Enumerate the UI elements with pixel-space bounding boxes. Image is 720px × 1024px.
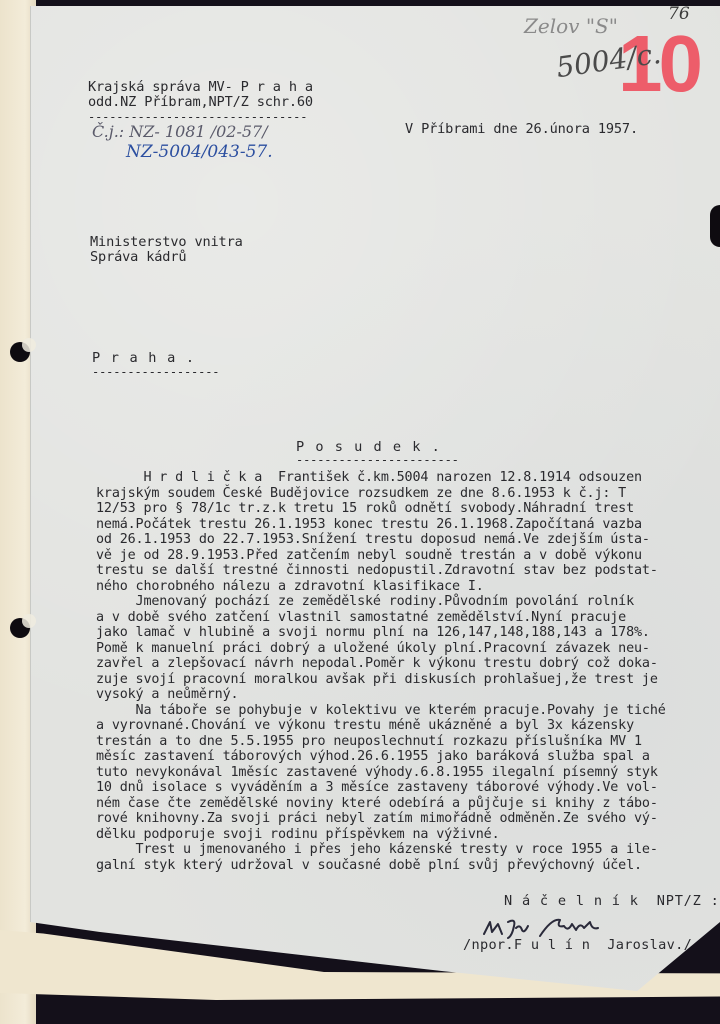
body-line: Pomě k manuelní práci dobrý a uložené úk…	[96, 641, 650, 657]
body-line: 10 dnů isolace s vyváděním a 3 měsíce za…	[96, 780, 658, 796]
body-line: dělku podporuje svoji rodinu příspěvkem …	[96, 827, 500, 843]
body-line: Na táboře se pohybuje v kolektivu ve kte…	[96, 703, 666, 719]
body-line: od 26.1.1953 do 22.7.1953.Snížení trestu…	[96, 532, 650, 548]
recipient-line-2: Správa kádrů	[90, 250, 186, 266]
pencil-note: Zelov "S"	[524, 14, 618, 38]
body-line: Trest u jmenovaného i přes jeho kázenské…	[96, 842, 658, 858]
body-line: vysoký a neůměrný.	[96, 687, 238, 703]
sender-line-2: odd.NZ Příbram,NPT/Z schr.60	[88, 95, 313, 111]
recipient-city-underline: ------------------	[92, 365, 219, 381]
body-line: a vyrovnané.Chování ve výkonu trestu mén…	[96, 718, 634, 734]
body-line: zavřel a zlepšovací návrh nepodal.Poměr …	[96, 656, 658, 672]
punch-hole-upper	[10, 342, 30, 362]
reference-number-pencil: Č.j.: NZ- 1081 /02-57/	[92, 122, 268, 141]
reference-number-blue: NZ-5004/043-57.	[126, 142, 273, 162]
body-line: ného chorobného nálezu a zdravotní klasi…	[96, 579, 484, 595]
signatory-name: /npor.F u l í n Jaroslav./	[463, 938, 692, 954]
body-line: měsíc zastavení táborových výhod.26.6.19…	[96, 749, 650, 765]
body-line: 12/53 pro § 78/1c tr.z.k tretu 15 roků o…	[96, 501, 634, 517]
body-line: jako lamač v hlubině a svoji normu plní …	[96, 625, 650, 641]
body-line: zuje svojí pracovní moralkou avšak při d…	[96, 672, 658, 688]
body-line: krajským soudem České Budějovice rozsudk…	[96, 486, 626, 502]
body-line: vě je od 28.9.1953.Před zatčením nebyl s…	[96, 548, 642, 564]
body-line: nemá.Počátek trestu 26.1.1953 konec tres…	[96, 517, 642, 533]
body-line: galní styk který udržoval v současné dob…	[96, 858, 642, 874]
body-line: tuto nevykonával 1měsíc zastavené výhody…	[96, 765, 658, 781]
body-line: H r d l i č k a František č.km.5004 naro…	[96, 470, 642, 486]
place-and-date: V Příbrami dne 26.února 1957.	[405, 122, 638, 138]
signatory-title: N á č e l n í k NPT/Z :	[504, 894, 720, 910]
body-line: a v době svého zatčení vlastnil samostat…	[96, 610, 626, 626]
body-line: trestu se další trestné činnosti nedopus…	[96, 563, 658, 579]
handwritten-signature-icon	[480, 912, 630, 940]
body-line: ném čase čte zemědělské noviny které ode…	[96, 796, 658, 812]
document-title-underline: -----------------------	[296, 453, 459, 469]
punch-hole-lower	[10, 618, 30, 638]
body-line: Jmenovaný pochází ze zemědělské rodiny.P…	[96, 594, 634, 610]
body-line: trestán a to dne 5.5.1955 pro neuposlech…	[96, 734, 642, 750]
body-line: rové knihovny.Za svoji práci nebyl zatím…	[96, 811, 658, 827]
punch-hole-right	[710, 205, 720, 247]
